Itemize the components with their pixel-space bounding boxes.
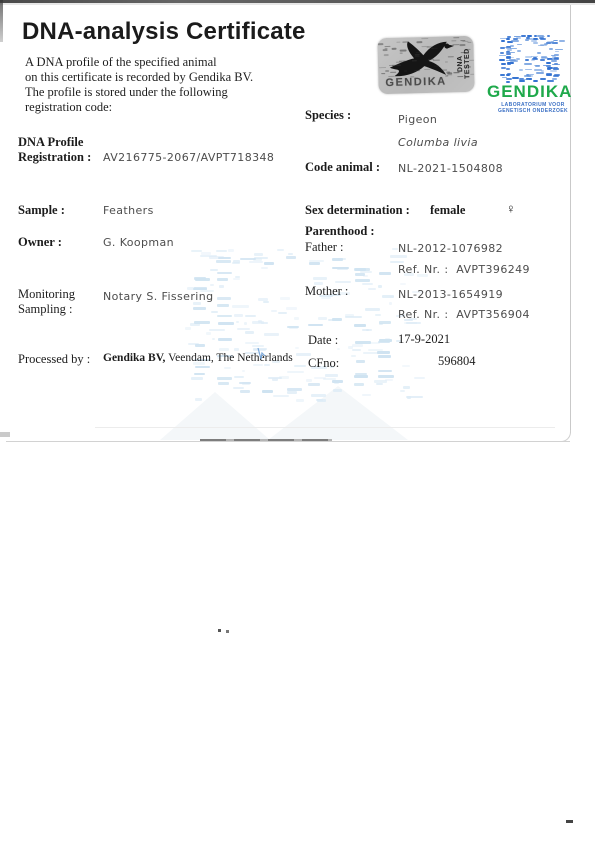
species-latin-value: Columba livia xyxy=(398,136,478,149)
code-animal-label: Code animal : xyxy=(305,160,380,175)
species-label: Species : xyxy=(305,108,351,123)
father-ref-value: AVPT396249 xyxy=(456,263,530,276)
sample-value: Feathers xyxy=(103,204,154,217)
paper-right-edge xyxy=(570,5,571,433)
dna-profile-value: AV216775-2067/AVPT718348 xyxy=(103,151,274,164)
scan-left-edge xyxy=(0,0,3,42)
father-label: Father : xyxy=(305,240,344,255)
female-symbol-icon: ♀ xyxy=(506,201,516,217)
mother-ref-label: Ref. Nr. : xyxy=(398,308,448,321)
pixel-g-watermark-icon xyxy=(183,248,418,400)
intro-line: registration code: xyxy=(25,100,305,115)
pixel-g-watermark-icon xyxy=(193,256,403,398)
sample-label: Sample : xyxy=(18,203,65,218)
monitoring-value: Notary S. Fissering xyxy=(103,290,213,303)
scan-dark-segment xyxy=(200,439,332,441)
date-label: Date : xyxy=(308,333,338,348)
date-value: 17-9-2021 xyxy=(398,332,450,347)
pen-mark-icon xyxy=(256,347,266,361)
code-animal-value: NL-2021-1504808 xyxy=(398,162,503,175)
intro-line: The profile is stored under the followin… xyxy=(25,85,305,100)
scan-top-edge-shadow xyxy=(0,3,595,5)
scanned-certificate-page: DNA-analysis Certificate A DNA profile o… xyxy=(0,0,595,841)
faint-watermark-triangle xyxy=(268,386,408,440)
monitoring-label-line2: Sampling : xyxy=(18,302,73,317)
father-value: NL-2012-1076982 xyxy=(398,242,503,255)
parenthood-label: Parenthood : xyxy=(305,224,375,239)
dna-profile-label-line1: DNA Profile xyxy=(18,135,83,150)
intro-line: on this certificate is recorded by Gendi… xyxy=(25,70,305,85)
father-ref-label: Ref. Nr. : xyxy=(398,263,448,276)
owner-value: G. Koopman xyxy=(103,236,174,249)
stamp-dna-tested-text: DNA TESTED xyxy=(456,40,471,88)
logo-subtitle-line: GENETISCH ONDERZOEK xyxy=(494,108,572,114)
faint-watermark-triangle xyxy=(160,392,270,440)
father-ref-row: Ref. Nr. : AVPT396249 xyxy=(398,263,530,276)
scan-mark xyxy=(0,432,10,437)
cfno-label: CFno: xyxy=(308,356,339,371)
mother-label: Mother : xyxy=(305,284,348,299)
mother-value: NL-2013-1654919 xyxy=(398,288,503,301)
mother-ref-value: AVPT356904 xyxy=(456,308,530,321)
scan-speck xyxy=(218,629,221,632)
scan-speck xyxy=(566,820,573,823)
intro-line: A DNA profile of the specified animal xyxy=(25,55,305,70)
processed-by-label: Processed by : xyxy=(18,352,90,367)
sex-determination-label: Sex determination : xyxy=(305,203,410,218)
paper-bottom-edge-faint xyxy=(95,427,555,428)
dna-tested-holographic-stamp: GENDIKA DNA TESTED xyxy=(377,36,474,94)
page-title: DNA-analysis Certificate xyxy=(22,18,306,46)
monitoring-label-line1: Monitoring xyxy=(18,287,75,302)
dna-profile-label-line2: Registration : xyxy=(18,150,91,165)
sex-value: female xyxy=(430,203,465,218)
processed-by-location: Veendam, The Netherlands xyxy=(165,352,292,364)
stamp-brand-text: GENDIKA xyxy=(385,75,447,89)
pixel-g-dna-bands-icon xyxy=(499,35,559,83)
intro-paragraph: A DNA profile of the specified animal on… xyxy=(25,55,305,115)
mother-ref-row: Ref. Nr. : AVPT356904 xyxy=(398,308,530,321)
owner-label: Owner : xyxy=(18,235,62,250)
scan-speck xyxy=(226,630,229,633)
cfno-value: 596804 xyxy=(438,354,476,369)
gendika-logo-wordmark: GENDIKA xyxy=(487,82,572,102)
species-value: Pigeon xyxy=(398,113,437,126)
processed-by-company: Gendika BV, xyxy=(103,352,165,364)
paper-bottom-edge xyxy=(6,441,570,442)
gendika-logo-subtitle: LABORATORIUM VOOR GENETISCH ONDERZOEK xyxy=(494,102,572,114)
